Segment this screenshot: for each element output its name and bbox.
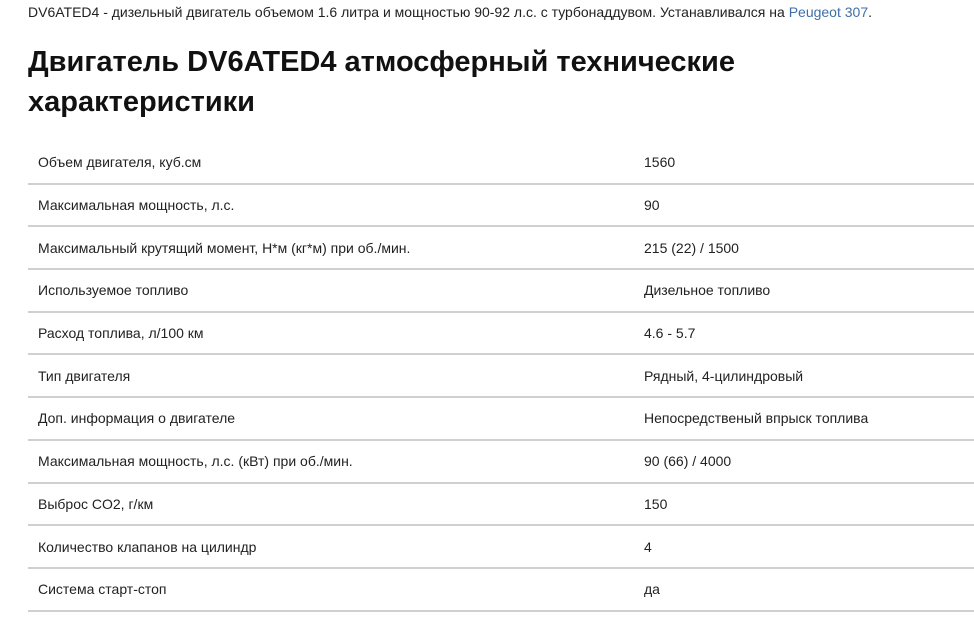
table-row: Доп. информация о двигателе Непосредстве… xyxy=(28,397,974,440)
table-row: Используемое топливо Дизельное топливо xyxy=(28,269,974,312)
spec-label: Максимальная мощность, л.с. xyxy=(28,184,634,227)
table-row: Максимальная мощность, л.с. 90 xyxy=(28,184,974,227)
spec-value: да xyxy=(634,568,974,611)
specs-table-body: Объем двигателя, куб.см 1560 Максимальна… xyxy=(28,141,974,611)
spec-label: Максимальная мощность, л.с. (кВт) при об… xyxy=(28,440,634,483)
spec-value: 90 (66) / 4000 xyxy=(634,440,974,483)
intro-paragraph: DV6ATED4 - дизельный двигатель объемом 1… xyxy=(28,3,872,21)
spec-label: Система старт-стоп xyxy=(28,568,634,611)
table-row: Максимальный крутящий момент, Н*м (кг*м)… xyxy=(28,226,974,269)
table-row: Расход топлива, л/100 км 4.6 - 5.7 xyxy=(28,312,974,355)
table-row: Объем двигателя, куб.см 1560 xyxy=(28,141,974,184)
peugeot-307-link[interactable]: Peugeot 307 xyxy=(789,4,868,20)
spec-label: Количество клапанов на цилиндр xyxy=(28,525,634,568)
table-row: Система старт-стоп да xyxy=(28,568,974,611)
spec-value: 150 xyxy=(634,483,974,526)
spec-value: 1560 xyxy=(634,141,974,184)
intro-text: DV6ATED4 - дизельный двигатель объемом 1… xyxy=(28,4,789,20)
spec-label: Тип двигателя xyxy=(28,354,634,397)
table-row: Максимальная мощность, л.с. (кВт) при об… xyxy=(28,440,974,483)
specs-table: Объем двигателя, куб.см 1560 Максимальна… xyxy=(28,141,974,612)
spec-label: Доп. информация о двигателе xyxy=(28,397,634,440)
spec-label: Объем двигателя, куб.см xyxy=(28,141,634,184)
spec-label: Используемое топливо xyxy=(28,269,634,312)
spec-value: Непосредственый впрыск топлива xyxy=(634,397,974,440)
spec-value: Рядный, 4-цилиндровый xyxy=(634,354,974,397)
spec-value: 4 xyxy=(634,525,974,568)
table-row: Тип двигателя Рядный, 4-цилиндровый xyxy=(28,354,974,397)
page-title: Двигатель DV6ATED4 атмосферный техническ… xyxy=(28,42,788,122)
spec-label: Максимальный крутящий момент, Н*м (кг*м)… xyxy=(28,226,634,269)
spec-value: Дизельное топливо xyxy=(634,269,974,312)
intro-text-end: . xyxy=(868,4,872,20)
spec-value: 4.6 - 5.7 xyxy=(634,312,974,355)
spec-label: Расход топлива, л/100 км xyxy=(28,312,634,355)
spec-value: 90 xyxy=(634,184,974,227)
table-row: Выброс CO2, г/км 150 xyxy=(28,483,974,526)
spec-value: 215 (22) / 1500 xyxy=(634,226,974,269)
spec-label: Выброс CO2, г/км xyxy=(28,483,634,526)
table-row: Количество клапанов на цилиндр 4 xyxy=(28,525,974,568)
